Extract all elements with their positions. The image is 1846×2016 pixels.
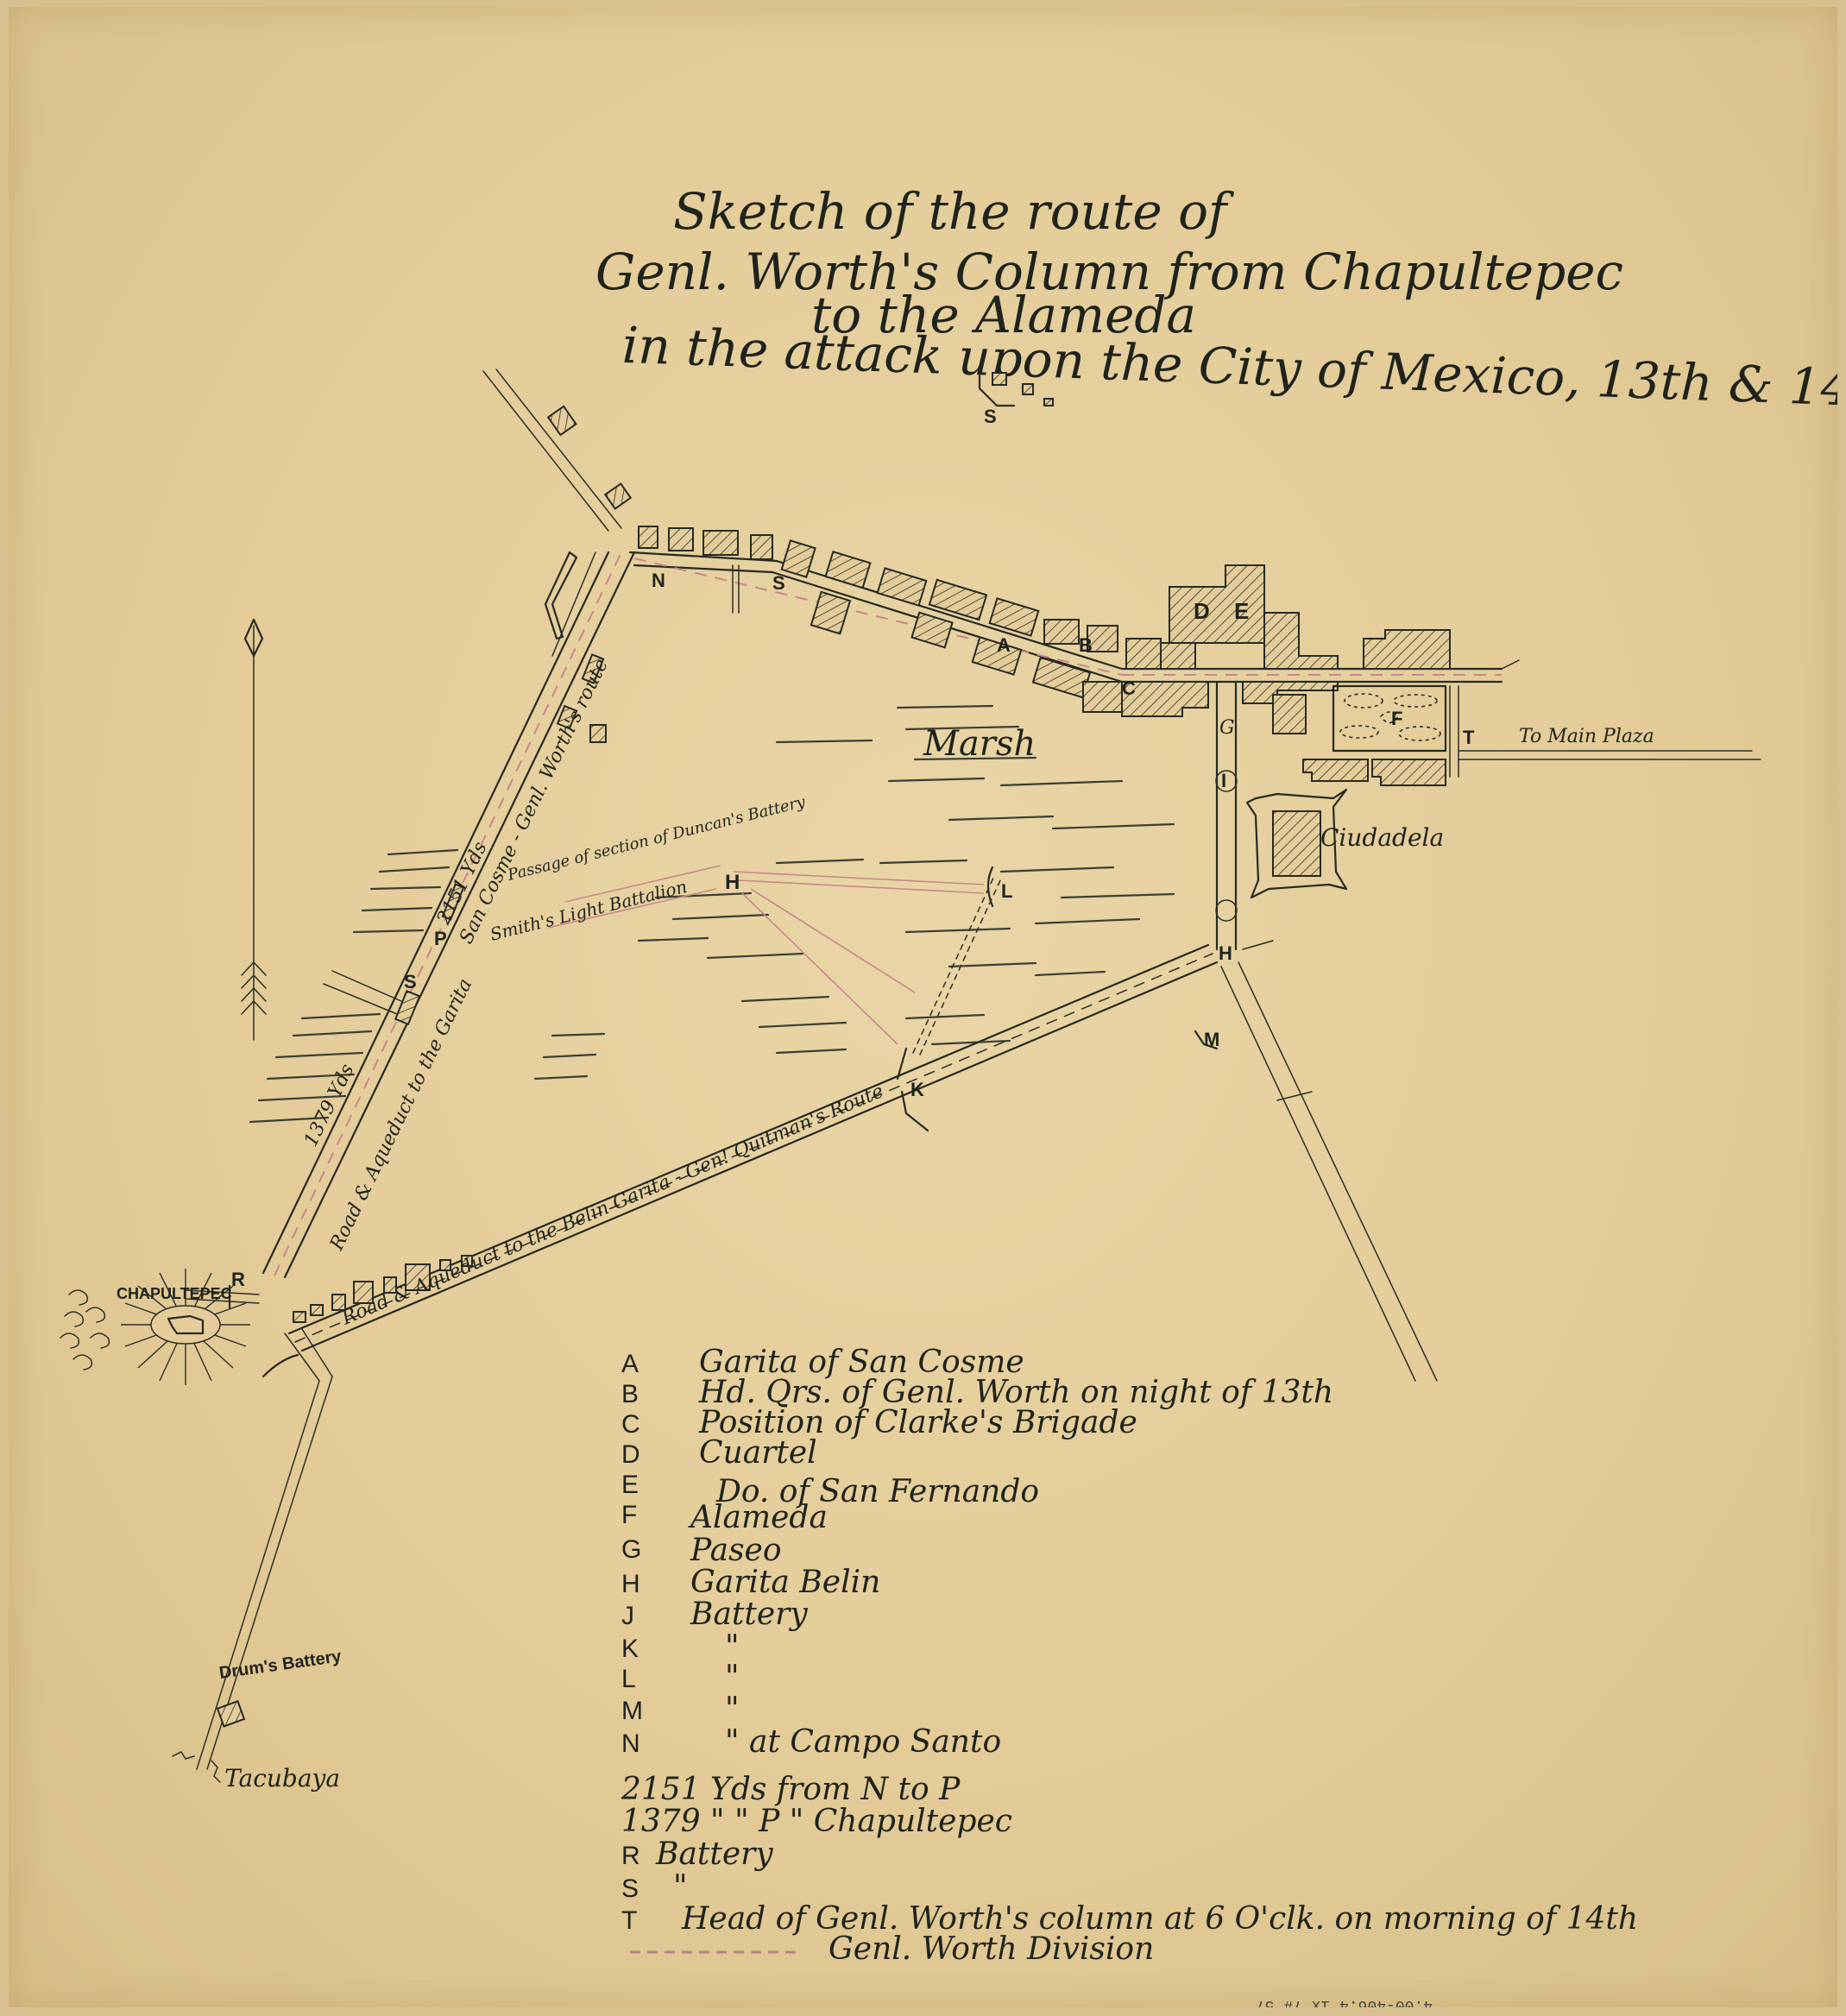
svg-text:Head of Genl. Worth's column a: Head of Genl. Worth's column at 6 O'clk.… [681,1901,1638,1937]
legend-item: S " [621,1869,688,1905]
svg-text:J: J [621,1602,634,1630]
svg-text:": " [673,1869,688,1905]
legend-item: M " [621,1692,740,1727]
svg-text:": " [725,1692,740,1727]
svg-text:" at Campo Santo: " at Campo Santo [725,1724,1001,1760]
marsh-label: Marsh [923,724,1036,764]
ciudadela-label: Ciudadela [1320,823,1444,852]
legend-route-line: Genl. Worth Division [630,1931,1154,1967]
svg-text:Alameda: Alameda [688,1500,828,1535]
legend-distance: 2151 Yds from N to P [621,1772,961,1807]
marker-G: G [1219,717,1235,739]
svg-text:C: C [621,1410,640,1439]
legend-item: N " at Campo Santo [621,1724,1001,1760]
to-main-plaza-label: To Main Plaza [1519,726,1654,747]
legend-item: K " [621,1629,740,1665]
place-labels: CHAPULTEPEC R Tacubaya Drum's Battery Ci… [117,656,1654,1792]
duncan-battery-label: Passage of section of Duncan's Battery [505,793,808,885]
tacubaya-label: Tacubaya [224,1764,340,1792]
marker-D: D [1194,598,1210,624]
marker-L: L [1001,880,1012,902]
svg-text:Genl. Worth Division: Genl. Worth Division [828,1931,1154,1967]
svg-text:G: G [621,1535,641,1564]
svg-text:Garita Belin: Garita Belin [690,1565,880,1600]
north-arrow-icon [242,620,266,1040]
svg-text:S: S [621,1874,639,1903]
smith-battalion-label: Smith's Light Battalion [488,876,689,945]
marker-B: B [1079,634,1093,656]
marker-K: K [910,1079,924,1100]
map-sheet: Sketch of the route of Genl. Worth's Col… [9,7,1837,2007]
legend-item: D Cuartel [621,1435,817,1471]
svg-text:F: F [621,1501,637,1529]
drums-battery-label: Drum's Battery [218,1647,343,1683]
marker-R: R [231,1269,245,1290]
svg-text:L: L [621,1665,636,1693]
archive-stamp: 4.00-406.4 1x 7# 57 [1256,1996,1433,2007]
legend: A Garita of San Cosme B Hd. Qrs. of Genl… [621,1345,1638,1967]
svg-text:B: B [621,1380,639,1408]
marker-H: H [1219,942,1232,964]
marker-A: A [997,634,1011,656]
svg-text:E: E [621,1471,639,1499]
marker-S-top: S [984,406,997,427]
marker-S-road: S [404,971,417,992]
marker-C: C [1122,677,1136,699]
svg-text:Battery: Battery [655,1836,773,1872]
marker-H-marsh: H [725,871,740,894]
svg-text:K: K [621,1635,639,1663]
garita-san-cosme-road [548,367,1502,712]
marker-M: M [1204,1029,1219,1050]
map-canvas: Sketch of the route of Genl. Worth's Col… [9,7,1837,2007]
svg-text:in the attack upon the City of: in the attack upon the City of Mexico, 1… [621,316,1837,429]
svg-text:Sketch of the route of: Sketch of the route of [673,182,1235,241]
svg-text:M: M [621,1697,643,1725]
marker-P: P [434,928,447,949]
legend-item: R Battery [621,1836,773,1872]
legend-distance: 1379 " " P " Chapultepec [621,1804,1012,1839]
svg-text:Battery: Battery [690,1597,808,1632]
marker-T: T [1463,727,1475,748]
svg-text:Cuartel: Cuartel [699,1435,817,1471]
marker-J: I [1221,770,1226,791]
marker-N: N [652,570,665,591]
map-title: Sketch of the route of Genl. Worth's Col… [595,182,1837,429]
legend-item: G Paseo [621,1533,782,1568]
svg-text:H: H [621,1570,640,1598]
chapultepec-label: CHAPULTEPEC [117,1285,232,1302]
marker-S-north: S [772,572,785,594]
svg-text:R: R [621,1842,640,1870]
legend-item: E Do. of San Fernando [621,1471,1039,1509]
svg-text:T: T [621,1906,637,1935]
legend-item: F Alameda [621,1500,828,1535]
svg-text:": " [725,1660,740,1695]
marker-E: E [1234,598,1249,624]
svg-text:A: A [621,1350,639,1378]
tacubaya-road [173,1329,332,1782]
svg-text:N: N [621,1729,640,1758]
belin-road-label: Road & Aqueduct to the Belin Garita - Ge… [338,1080,887,1330]
legend-item: L " [621,1660,740,1695]
legend-item: H Garita Belin [621,1565,880,1600]
svg-text:Paseo: Paseo [690,1533,782,1568]
legend-item: J Battery [621,1597,808,1632]
marker-F: F [1391,708,1402,729]
svg-text:D: D [621,1440,640,1469]
